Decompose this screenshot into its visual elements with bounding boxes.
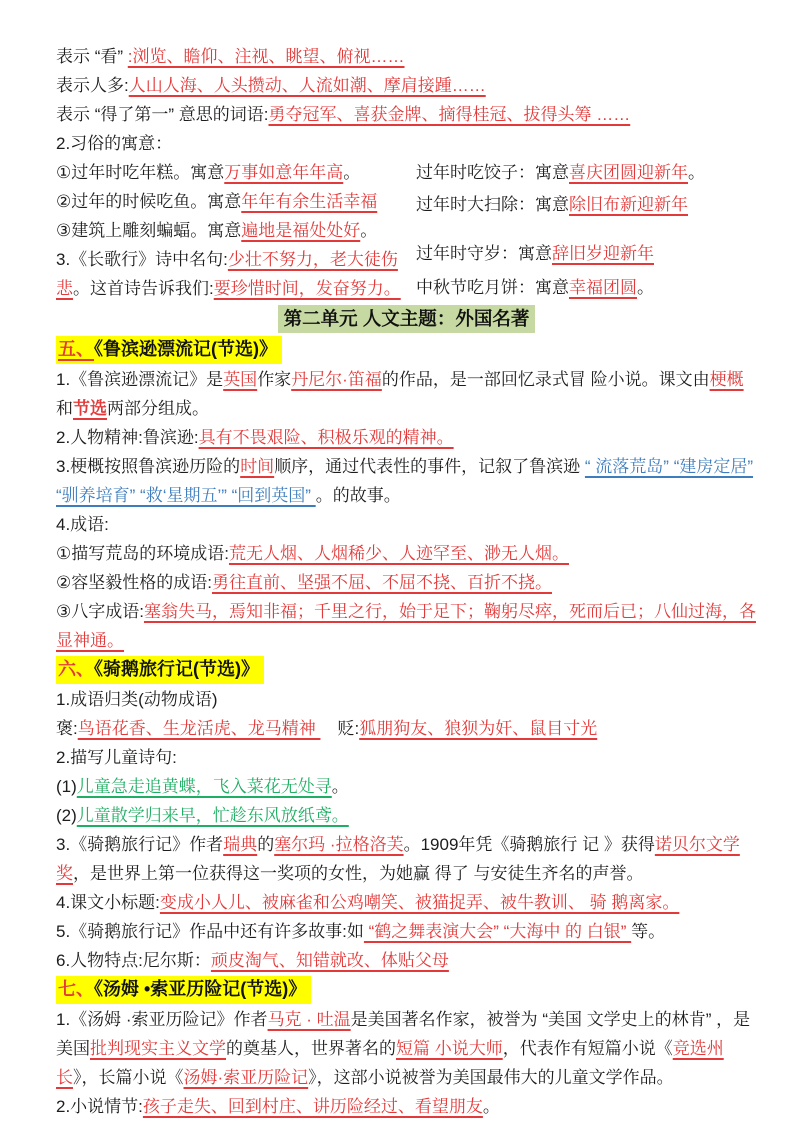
robinson-idioms-2: ②容坚毅性格的成语:勇往直前、坚强不屈、不屈不挠、百折不挠。 [56, 568, 757, 597]
text-run: 勇往直前、坚强不屈、不屈不挠、百折不挠。 [212, 573, 552, 592]
line-first-place-synonyms: 表示 “得了第一” 意思的词语:勇夺冠军、喜获金牌、摘得桂冠、拔得头筹 …… [56, 100, 757, 129]
text-run: 塞尔玛 ·拉格洛芙 [274, 835, 403, 854]
text-run: 《汤姆 •索亚历险记(节选)》 [94, 979, 306, 999]
text-run: 过年时大扫除：寓意 [416, 195, 569, 214]
text-run: 顺序，通过代表性的事件，记叙了鲁滨逊 [274, 457, 585, 476]
text-run: 褒: [56, 719, 78, 738]
text-run: 除旧布新迎新年 [569, 195, 688, 214]
customs-left-column: ①过年时吃年糕。寓意万事如意年年高。②过年的时候吃鱼。寓意年年有余生活幸福③建筑… [56, 158, 416, 303]
text-run: 。这首诗告诉我们: [73, 279, 214, 298]
text-run: 等。 [631, 922, 665, 941]
text-run: 七、 [58, 979, 94, 999]
text-run: 瑞典 [223, 835, 257, 854]
list-item: ②过年的时候吃鱼。寓意年年有余生活幸福 [56, 187, 416, 216]
text-run: ②容坚毅性格的成语: [56, 573, 212, 592]
tom-item-2: 2.小说情节:孩子走失、回到村庄、讲历险经过、看望朋友。 [56, 1092, 757, 1121]
text-run: 表示人多: [56, 76, 129, 95]
text-run: 3.《长歌行》诗中名句: [56, 250, 228, 269]
line-kan-synonyms: 表示 “看” :浏览、瞻仰、注视、眺望、俯视…… [56, 42, 757, 71]
list-item: 过年时大扫除：寓意除旧布新迎新年 [416, 190, 757, 219]
text-run: 荒无人烟、人烟稀少、人迹罕至、渺无人烟。 [229, 544, 569, 563]
text-run: 梗概 [710, 370, 744, 389]
robinson-item-1: 1.《鲁滨逊漂流记》是英国作家丹尼尔·笛福的作品，是一部回忆录式冒 险小说。课文… [56, 365, 757, 423]
text-run: 过年时吃饺子：寓意 [416, 163, 569, 182]
text-run: “鹤之舞表演大会” “大海中 的 白银” [364, 922, 631, 941]
text-run: 狐朋狗友、狼狈为奸、鼠目寸光 [359, 719, 597, 738]
text-run: 塞翁失马，焉知非福；千里之行，始于足下；鞠躬尽瘁，死而后已；八仙过海，各显神通。 [56, 602, 756, 650]
text-run: 。1909年凭《骑鹅旅行 记 》获得 [404, 835, 655, 854]
text-run: 顽皮淘气、知错就改、体贴父母 [211, 951, 449, 970]
text-run: 的 [257, 835, 274, 854]
goose-poem-2: (2)儿童散学归来早，忙趁东风放纸鸢。 [56, 801, 757, 830]
customs-right-column: 过年时吃饺子：寓意喜庆团圆迎新年。过年时大扫除：寓意除旧布新迎新年过年时守岁：寓… [416, 158, 757, 302]
text-run: 《骑鹅旅行记(节选)》 [94, 659, 259, 679]
highlight: 第二单元 人文主题：外国名著 [278, 305, 536, 333]
text-run: 具有不畏艰险、积极乐观的精神。 [199, 428, 454, 447]
text-run: 万事如意年年高 [224, 163, 343, 182]
text-run: ②过年的时候吃鱼。寓意 [56, 192, 241, 211]
text-run: 辞旧岁迎新年 [552, 244, 654, 263]
text-run: ，是世界上第一位获得这一奖项的女性，为她赢 得了 与安徒生齐名的声誉。 [73, 864, 643, 883]
highlight: 五、《鲁滨逊漂流记(节选)》 [56, 336, 282, 364]
text-run: ①过年时吃年糕。寓意 [56, 163, 224, 182]
text-run: (2) [56, 806, 77, 825]
text-run: 丹尼尔·笛福 [291, 370, 382, 389]
section-heading-goose: 六、《骑鹅旅行记(节选)》 [56, 656, 757, 684]
goose-item-3: 3.《骑鹅旅行记》作者瑞典的塞尔玛 ·拉格洛芙。1909年凭《骑鹅旅行 记 》获… [56, 830, 757, 888]
text-run: 儿童散学归来早，忙趁东风放纸鸢。 [77, 806, 349, 825]
goose-item-5: 5.《骑鹅旅行记》作品中还有许多故事:如 “鹤之舞表演大会” “大海中 的 白银… [56, 917, 757, 946]
text-run: 3.《骑鹅旅行记》作者 [56, 835, 223, 854]
text-run: 1.成语归类(动物成语) [56, 690, 218, 709]
robinson-idioms-1: ①描写荒岛的环境成语:荒无人烟、人烟稀少、人迹罕至、渺无人烟。 [56, 539, 757, 568]
text-run: 。 [343, 163, 360, 182]
goose-poem-1: (1)儿童急走追黄蝶，飞入菜花无处寻。 [56, 772, 757, 801]
text-run: 作家 [257, 370, 291, 389]
text-run: 。的故事。 [316, 486, 401, 505]
goose-item-4: 4.课文小标题:变成小人儿、被麻雀和公鸡嘲笑、被猫捉弄、被牛教训、 骑 鹅离家。 [56, 888, 757, 917]
customs-two-columns: ①过年时吃年糕。寓意万事如意年年高。②过年的时候吃鱼。寓意年年有余生活幸福③建筑… [56, 158, 757, 303]
text-run: 幸福团圆 [569, 278, 637, 297]
text-run: ，代表作有短篇小说《 [503, 1039, 673, 1058]
text-run: 》，长篇小说《 [73, 1068, 184, 1087]
document-content: 表示 “看” :浏览、瞻仰、注视、眺望、俯视……表示人多:人山人海、人头攒动、人… [0, 0, 793, 1121]
text-run: ①描写荒岛的环境成语: [56, 544, 229, 563]
text-run: 时间 [240, 457, 274, 476]
goose-item-1: 1.成语归类(动物成语) [56, 685, 757, 714]
goose-item-6: 6.人物特点:尼尔斯：顽皮淘气、知错就改、体贴父母 [56, 946, 757, 975]
list-item: 中秋节吃月饼：寓意幸福团圆。 [416, 273, 757, 302]
list-item: 过年时吃饺子：寓意喜庆团圆迎新年。 [416, 158, 757, 187]
goose-item-2: 2.描写儿童诗句: [56, 743, 757, 772]
text-run: 要珍惜时间，发奋努力。 [214, 279, 401, 298]
list-item: 过年时守岁：寓意辞旧岁迎新年 [416, 239, 757, 268]
text-run: 过年时守岁：寓意 [416, 244, 552, 263]
text-run: 五、 [58, 339, 94, 359]
robinson-item-3: 3.梗概按照鲁滨逊历险的时间顺序，通过代表性的事件，记叙了鲁滨逊 “ 流落荒岛”… [56, 452, 757, 510]
text-run: 短篇 小说大师 [396, 1039, 503, 1058]
text-run: 。 [637, 278, 654, 297]
robinson-idioms-3: ③八字成语:塞翁失马，焉知非福；千里之行，始于足下；鞠躬尽瘁，死而后已；八仙过海… [56, 597, 757, 655]
robinson-item-2: 2.人物精神:鲁滨逊:具有不畏艰险、积极乐观的精神。 [56, 423, 757, 452]
goose-idioms: 褒:鸟语花香、生龙活虎、龙马精神 贬:狐朋狗友、狼狈为奸、鼠目寸光 [56, 714, 757, 743]
text-run: 年年有余生活幸福 [241, 192, 377, 211]
text-run: 儿童急走追黄蝶，飞入菜花无处寻 [77, 777, 332, 796]
text-run: 节选 [73, 399, 107, 418]
text-run: 3.梗概按照鲁滨逊历险的 [56, 457, 240, 476]
text-run: 表示 “看” [56, 47, 128, 66]
highlight: 六、《骑鹅旅行记(节选)》 [56, 656, 264, 684]
text-run: 的奠基人，世界著名的 [226, 1039, 396, 1058]
text-run: 2.人物精神:鲁滨逊: [56, 428, 199, 447]
text-run: 人山人海、人头攒动、人流如潮、摩肩接踵…… [129, 76, 486, 95]
robinson-item-4: 4.成语: [56, 510, 757, 539]
text-run: 。 [688, 163, 705, 182]
text-run: 。 [483, 1097, 500, 1116]
text-run: 《鲁滨逊漂流记(节选)》 [94, 339, 277, 359]
list-item: 3.《长歌行》诗中名句:少壮不努力，老大徒伤悲。这首诗告诉我们:要珍惜时间，发奋… [56, 245, 416, 303]
text-run: (1) [56, 777, 77, 796]
highlight: 七、《汤姆 •索亚历险记(节选)》 [56, 976, 311, 1004]
text-run: 批判现实主义文学 [90, 1039, 226, 1058]
text-run: 勇夺冠军、喜获金牌、摘得桂冠、拔得头筹 …… [269, 105, 631, 124]
line-crowd-synonyms: 表示人多:人山人海、人头攒动、人流如潮、摩肩接踵…… [56, 71, 757, 100]
text-run: 4.成语: [56, 515, 109, 534]
text-run: 英国 [223, 370, 257, 389]
line-customs-title: 2.习俗的寓意： [56, 129, 757, 158]
text-run: 鸟语花香、生龙活虎、龙马精神 [78, 719, 321, 738]
text-run: 5.《骑鹅旅行记》作品中还有许多故事:如 [56, 922, 364, 941]
text-run: 和 [56, 399, 73, 418]
document-page: 表示 “看” :浏览、瞻仰、注视、眺望、俯视……表示人多:人山人海、人头攒动、人… [0, 0, 793, 1122]
text-run: 六、 [58, 659, 94, 679]
text-run: 遍地是福处处好 [241, 221, 360, 240]
section-heading-tom: 七、《汤姆 •索亚历险记(节选)》 [56, 976, 757, 1004]
unit-heading: 第二单元 人文主题：外国名著 [56, 305, 757, 334]
list-item: ①过年时吃年糕。寓意万事如意年年高。 [56, 158, 416, 187]
text-run: 2.小说情节: [56, 1097, 143, 1116]
text-run: 1.《鲁滨逊漂流记》是 [56, 370, 223, 389]
tom-item-1: 1.《汤姆 ·索亚历险记》作者马克 · 吐温是美国著名作家，被誉为 “美国 文学… [56, 1005, 757, 1092]
text-run: 汤姆·索亚历险记 [184, 1068, 309, 1087]
text-run: 4.课文小标题: [56, 893, 160, 912]
text-run: 的作品，是一部回忆录式冒 险小说。课文由 [382, 370, 710, 389]
text-run: ③建筑上雕刻蝙蝠。寓意 [56, 221, 241, 240]
text-run: 2.习俗的寓意： [56, 134, 172, 153]
text-run: 第二单元 人文主题：外国名著 [284, 308, 530, 329]
text-run: 2.描写儿童诗句: [56, 748, 177, 767]
list-item: ③建筑上雕刻蝙蝠。寓意遍地是福处处好。 [56, 216, 416, 245]
text-run: 1.《汤姆 ·索亚历险记》作者 [56, 1010, 268, 1029]
text-run: 。 [360, 221, 377, 240]
text-run: 贬: [320, 719, 359, 738]
text-run: 两部分组成。 [107, 399, 209, 418]
text-run: 孩子走失、回到村庄、讲历险经过、看望朋友 [143, 1097, 483, 1116]
text-run: 马克 · 吐温 [268, 1010, 351, 1029]
section-heading-robinson: 五、《鲁滨逊漂流记(节选)》 [56, 336, 757, 364]
text-run: 中秋节吃月饼：寓意 [416, 278, 569, 297]
text-run: :浏览、瞻仰、注视、眺望、俯视…… [128, 47, 405, 66]
text-run: 喜庆团圆迎新年 [569, 163, 688, 182]
text-run: 6.人物特点:尼尔斯： [56, 951, 211, 970]
text-run: 》，这部小说被誉为美国最伟大的儿童文学作品。 [308, 1068, 674, 1087]
text-run: ③八字成语: [56, 602, 144, 621]
text-run: 变成小人儿、被麻雀和公鸡嘲笑、被猫捉弄、被牛教训、 骑 鹅离家。 [160, 893, 679, 912]
text-run: 。 [332, 777, 349, 796]
text-run: 表示 “得了第一” 意思的词语: [56, 105, 269, 124]
